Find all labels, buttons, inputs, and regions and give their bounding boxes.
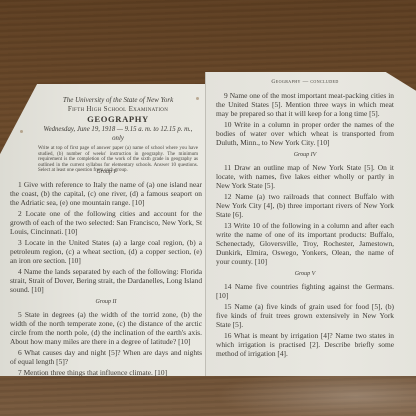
question-6: 6 What causes day and night [5]? When ar… xyxy=(10,348,202,366)
exam-page-right: Geography — concluded 9 Name one of the … xyxy=(206,72,416,376)
question-15: 15 Name (a) five kinds of grain used for… xyxy=(216,302,394,329)
exam-page-left: The University of the State of New York … xyxy=(0,84,206,376)
question-11: 11 Draw an outline map of New York State… xyxy=(216,163,394,190)
question-14: 14 Name five countries fighting against … xyxy=(216,282,394,300)
group-label: Group V xyxy=(216,270,394,279)
question-4: 4 Name the lands separated by each of th… xyxy=(10,267,202,294)
running-head: Geography — concluded xyxy=(216,78,394,87)
questions-left: Group I 1 Give with reference to Italy t… xyxy=(10,164,202,413)
document-title: GEOGRAPHY xyxy=(38,115,198,124)
question-9: 9 Name one of the most important meat-pa… xyxy=(216,91,394,118)
question-3: 3 Locate in the United States (a) a larg… xyxy=(10,238,202,265)
question-7: 7 Mention three things that influence cl… xyxy=(10,368,202,377)
exam-name: Fifth High School Examination xyxy=(38,105,198,114)
question-12: 12 Name (a) two railroads that connect B… xyxy=(216,192,394,219)
group-label: Group I xyxy=(10,168,202,177)
paper-stain xyxy=(196,97,199,100)
question-16: 16 What is meant by irrigation [4]? Name… xyxy=(216,331,394,358)
question-10: 10 Write in a column in proper order the… xyxy=(216,120,394,147)
exam-date: Wednesday, June 19, 1918 — 9.15 a. m. to… xyxy=(38,125,198,143)
group-label: Group II xyxy=(10,298,202,307)
question-13: 13 Write 10 of the following in a column… xyxy=(216,221,394,266)
question-1: 1 Give with reference to Italy the name … xyxy=(10,180,202,207)
question-2: 2 Locate one of the following cities and… xyxy=(10,209,202,236)
paper-stain xyxy=(20,130,23,133)
group-label: Group IV xyxy=(216,151,394,160)
question-5: 5 State in degrees (a) the width of the … xyxy=(10,310,202,346)
questions-right: Geography — concluded 9 Name one of the … xyxy=(216,72,394,360)
institution-name: The University of the State of New York xyxy=(38,96,198,105)
